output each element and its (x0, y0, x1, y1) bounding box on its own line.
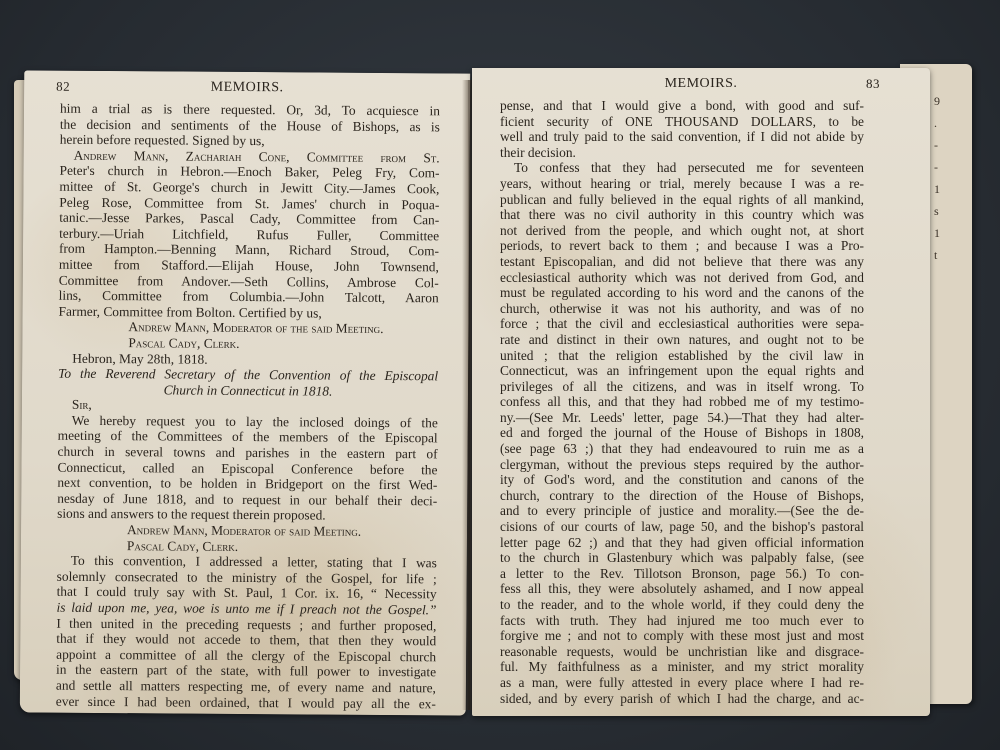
text-line: not derived from the people, and which o… (500, 223, 864, 239)
text-line: Connecticut, was an infringement upon th… (500, 363, 864, 379)
text-line: forgive me ; and not to comply with thes… (500, 628, 864, 644)
text-line: publican and fully believed in the equal… (500, 192, 864, 208)
left-page: 82 MEMOIRS. him a trial as is there requ… (20, 70, 470, 715)
text-line: a letter to the Rev. Tillotson Bronson, … (500, 566, 864, 582)
text-line: facts with truth. They had injured me to… (500, 613, 864, 629)
text-line: clergyman, without the previous steps re… (500, 457, 864, 473)
left-running-head: 82 MEMOIRS. (24, 78, 470, 99)
text-line: to the church in Glastenbury which was p… (500, 550, 864, 566)
text-line: that there was no civil authority in thi… (500, 207, 864, 223)
text-line: To the Reverend Secretary of the Convent… (58, 366, 438, 384)
edge-glyph: 9 (934, 90, 946, 112)
right-running-head: MEMOIRS. 83 (472, 76, 930, 94)
next-page-edge-text: 9.--1s1t (934, 90, 946, 330)
text-line: church, contrary to the direction of the… (500, 488, 864, 504)
text-line: their decision. (500, 145, 864, 161)
text-line: ful. My faithfulness as a minister, and … (500, 659, 864, 675)
running-head-title: MEMOIRS. (472, 76, 930, 92)
text-line: ed and forged the journal of the House o… (500, 425, 864, 441)
text-line: fess all this, they were absolutely asha… (500, 581, 864, 597)
text-line: reasonable requests, would be unchristia… (500, 644, 864, 660)
edge-glyph: - (934, 134, 946, 156)
text-line: privileges of all the citizens, and was … (500, 379, 864, 395)
edge-glyph: s (934, 200, 946, 222)
text-line: pense, and that I would give a bond, wit… (500, 98, 864, 114)
text-line: ever since I had been ordained, that I w… (56, 693, 436, 711)
text-line: ficient security of ONE THOUSAND DOLLARS… (500, 114, 864, 130)
text-line: rate and distinct in their own natures, … (500, 332, 864, 348)
text-line: and to every principle of justice and mo… (500, 503, 864, 519)
text-line: ecclesiastical authority which was not d… (500, 270, 864, 286)
left-page-body: him a trial as is there requested. Or, 3… (56, 101, 440, 712)
open-book: 82 MEMOIRS. him a trial as is there requ… (0, 0, 1000, 750)
text-line: cisions of our courts of law, page 50, a… (500, 519, 864, 535)
text-line: letter page 62 ;) and that they had give… (500, 535, 864, 551)
text-line: confess all this, and that they had robb… (500, 394, 864, 410)
text-line: sided, and by every parish of which I ha… (500, 691, 864, 707)
text-line: years, without hearing or trial, merely … (500, 176, 864, 192)
edge-glyph: 1 (934, 222, 946, 244)
text-line: force ; that the civil and ecclesiastica… (500, 316, 864, 332)
text-line: ny.—(See Mr. Leeds' letter, page 54.)—Th… (500, 410, 864, 426)
text-line: as a man, were fully attested in every p… (500, 675, 864, 691)
running-head-title: MEMOIRS. (24, 78, 470, 97)
edge-glyph: - (934, 156, 946, 178)
right-page-body: pense, and that I would give a bond, wit… (500, 98, 864, 706)
text-line: (see page 63 ;) that they had endeavoure… (500, 441, 864, 457)
text-line: ity of God's word, and the constitution … (500, 472, 864, 488)
text-line: sions and answers to the request therein… (57, 506, 437, 524)
text-line: well and truly paid to the said conventi… (500, 129, 864, 145)
edge-glyph: . (934, 112, 946, 134)
edge-glyph: t (934, 244, 946, 266)
text-line: united ; that the religion established b… (500, 348, 864, 364)
text-line: to the reader, and to the whole world, i… (500, 597, 864, 613)
page-number: 83 (866, 76, 880, 92)
right-page: MEMOIRS. 83 pense, and that I would give… (472, 68, 930, 716)
text-line: Farmer, Committee from Bolton. Certified… (59, 303, 439, 321)
text-line: must be regulated according to his word … (500, 285, 864, 301)
text-line: To confess that they had persecuted me f… (500, 160, 864, 176)
edge-glyph: 1 (934, 178, 946, 200)
text-line: church, otherwise it was not his authori… (500, 301, 864, 317)
text-line: periods, to revert back to them ; and be… (500, 238, 864, 254)
text-line: testant Episcopalian, and did not believ… (500, 254, 864, 270)
